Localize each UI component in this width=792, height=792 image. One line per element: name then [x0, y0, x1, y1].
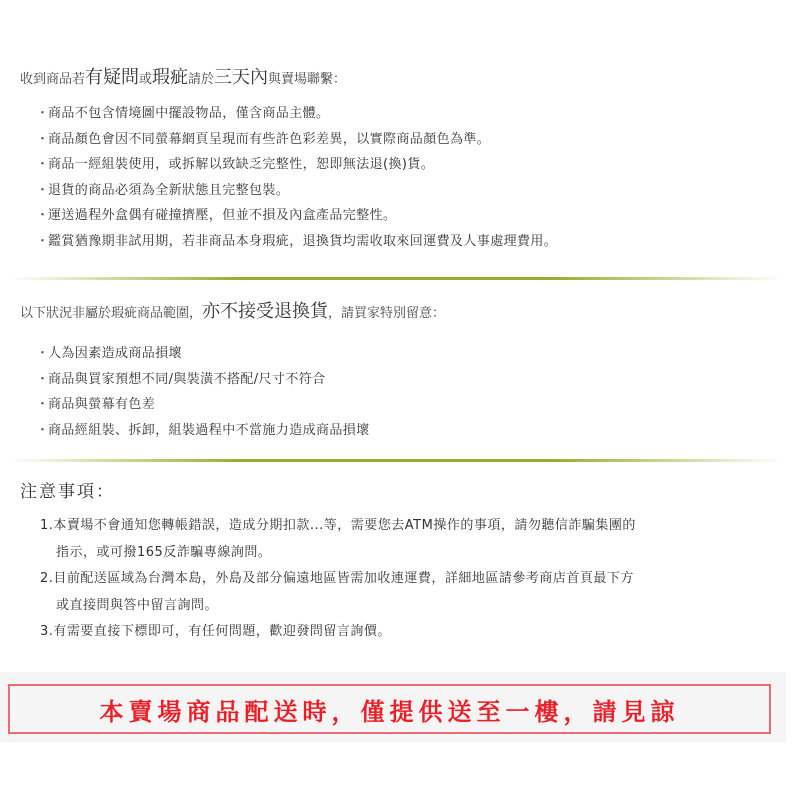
list-item: ・鑑賞猶豫期非試用期，若非商品本身瑕疵，退換貨均需收取來回運費及人事處理費用。 [36, 229, 557, 255]
list-item-text: 商品顏色會因不同螢幕網頁呈現而有些許色彩差異，以實際商品顏色為準。 [48, 132, 490, 147]
heading-emphasis: 瑕疵 [152, 67, 188, 88]
note-item: 3.有需要直接下標即可，有任何問題，歡迎發問留言詢價。 [40, 619, 770, 646]
bullet-icon: ・ [36, 392, 48, 418]
heading-text: ，請買家特別留意： [328, 306, 445, 321]
bullet-icon: ・ [36, 418, 48, 444]
list-item-text: 商品不包含情境圖中擺設物品，僅含商品主體。 [48, 106, 329, 121]
bullet-icon: ・ [36, 341, 48, 367]
list-item-text: 商品經組裝、拆卸，組裝過程中不當施力造成商品損壞 [48, 423, 370, 438]
delivery-notice-banner: 本賣場商品配送時，僅提供送至一樓，請見諒 [0, 672, 786, 742]
list-item: ・商品一經組裝使用，或拆解以致缺乏完整性，恕即無法退(換)貨。 [36, 152, 557, 178]
list-item-text: 商品一經組裝使用，或拆解以致缺乏完整性，恕即無法退(換)貨。 [48, 157, 434, 172]
heading-text: 請於 [188, 72, 214, 87]
list-item-text: 退貨的商品必須為全新狀態且完整包裝。 [48, 183, 289, 198]
bullet-icon: ・ [36, 229, 48, 255]
heading-emphasis: 有疑問 [85, 67, 139, 88]
list-item: ・商品與買家預想不同/與裝潢不搭配/尺寸不符合 [36, 367, 370, 393]
delivery-notice-box: 本賣場商品配送時，僅提供送至一樓，請見諒 [8, 684, 771, 734]
bullet-icon: ・ [36, 152, 48, 178]
heading-text: 以下狀況非屬於瑕疵商品範圍， [20, 306, 202, 321]
defect-policy-list: ・商品不包含情境圖中擺設物品，僅含商品主體。 ・商品顏色會因不同螢幕網頁呈現而有… [36, 101, 557, 254]
notes-list: 1.本賣場不會通知您轉帳錯誤，造成分期扣款...等，需要您去ATM操作的事項，請… [40, 513, 770, 646]
note-line-continued: 指示，或可撥165反詐騙專線詢問。 [40, 540, 770, 567]
heading-text: 與賣場聯繫： [268, 72, 346, 87]
list-item-text: 人為因素造成商品損壞 [48, 346, 182, 361]
note-line: 3.有需要直接下標即可，有任何問題，歡迎發問留言詢價。 [40, 624, 391, 639]
delivery-notice-text: 本賣場商品配送時，僅提供送至一樓，請見諒 [100, 692, 680, 727]
note-item: 2.目前配送區域為台灣本島，外島及部分偏遠地區皆需加收連運費，詳細地區請參考商店… [40, 566, 770, 619]
heading-text: 或 [139, 72, 152, 87]
list-item: ・運送過程外盒偶有碰撞擠壓，但並不損及內盒產品完整性。 [36, 203, 557, 229]
list-item-text: 鑑賞猶豫期非試用期，若非商品本身瑕疵，退換貨均需收取來回運費及人事處理費用。 [48, 234, 557, 249]
section1-heading: 收到商品若有疑問或瑕疵請於三天內與賣場聯繫： [20, 68, 346, 90]
heading-emphasis: 三天內 [214, 67, 268, 88]
list-item-text: 運送過程外盒偶有碰撞擠壓，但並不損及內盒產品完整性。 [48, 208, 396, 223]
list-item: ・商品顏色會因不同螢幕網頁呈現而有些許色彩差異，以實際商品顏色為準。 [36, 127, 557, 153]
section2-heading: 以下狀況非屬於瑕疵商品範圍，亦不接受退換貨，請買家特別留意： [20, 302, 445, 324]
heading-emphasis: 亦不接受退換貨 [202, 301, 328, 322]
non-defect-list: ・人為因素造成商品損壞 ・商品與買家預想不同/與裝潢不搭配/尺寸不符合 ・商品與… [36, 341, 370, 443]
bullet-icon: ・ [36, 178, 48, 204]
note-line-continued: 或直接問與答中留言詢問。 [40, 593, 770, 620]
divider [10, 459, 782, 462]
list-item: ・商品與螢幕有色差 [36, 392, 370, 418]
list-item: ・人為因素造成商品損壞 [36, 341, 370, 367]
list-item-text: 商品與螢幕有色差 [48, 397, 155, 412]
divider [10, 277, 782, 280]
notes-title: 注意事項： [20, 480, 115, 504]
note-line: 1.本賣場不會通知您轉帳錯誤，造成分期扣款...等，需要您去ATM操作的事項，請… [40, 518, 636, 533]
heading-text: 收到商品若 [20, 72, 85, 87]
bullet-icon: ・ [36, 203, 48, 229]
list-item: ・商品經組裝、拆卸，組裝過程中不當施力造成商品損壞 [36, 418, 370, 444]
list-item-text: 商品與買家預想不同/與裝潢不搭配/尺寸不符合 [48, 372, 326, 387]
bullet-icon: ・ [36, 127, 48, 153]
bullet-icon: ・ [36, 101, 48, 127]
bullet-icon: ・ [36, 367, 48, 393]
note-item: 1.本賣場不會通知您轉帳錯誤，造成分期扣款...等，需要您去ATM操作的事項，請… [40, 513, 770, 566]
list-item: ・商品不包含情境圖中擺設物品，僅含商品主體。 [36, 101, 557, 127]
list-item: ・退貨的商品必須為全新狀態且完整包裝。 [36, 178, 557, 204]
note-line: 2.目前配送區域為台灣本島，外島及部分偏遠地區皆需加收連運費，詳細地區請參考商店… [40, 571, 634, 586]
